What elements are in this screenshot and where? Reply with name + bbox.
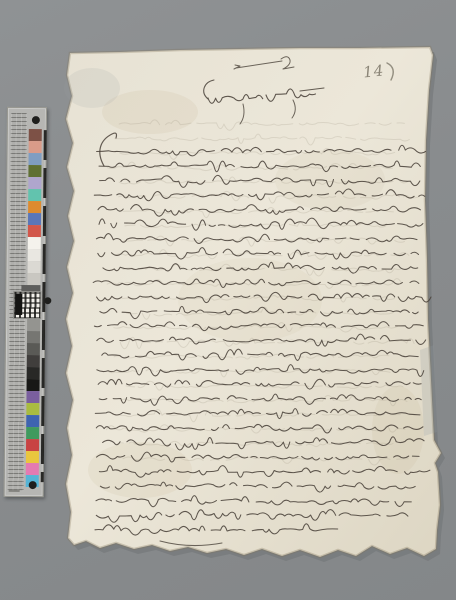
photograph-scene: 14: [0, 0, 456, 600]
manuscript-photo: 14: [0, 0, 456, 600]
stain: [88, 442, 192, 498]
folio-number: 14: [362, 61, 385, 81]
stain: [64, 68, 120, 108]
